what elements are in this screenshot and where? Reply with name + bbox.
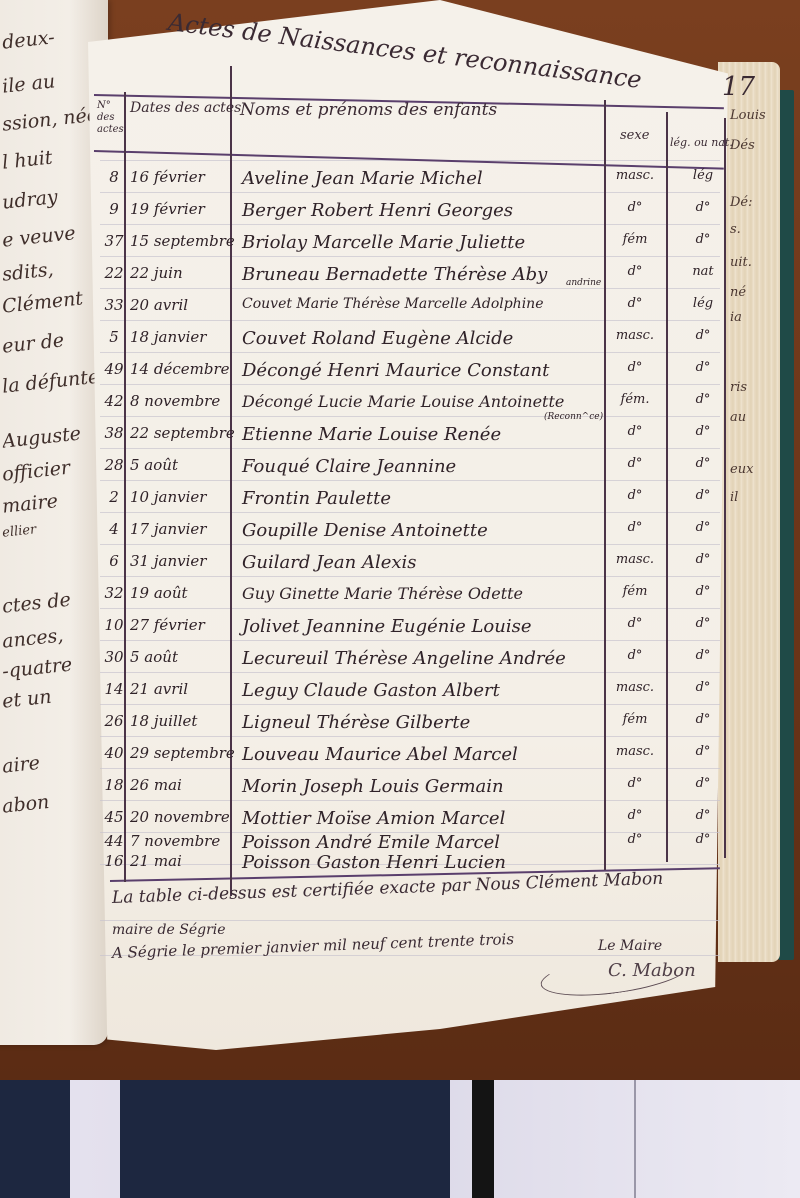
act-date: 16 février [130,168,205,186]
child-legitimacy: d° [676,360,730,375]
table-row: 38 22 septembre Etienne Marie Louise Ren… [96,424,736,456]
act-date: 15 septembre [130,232,235,250]
act-date: 27 février [130,616,205,634]
child-name: Leguy Claude Gaston Albert [242,680,500,701]
book-cover-edge [778,90,794,960]
child-name: Poisson André Emile Marcel [242,832,500,853]
table-row: 32 19 août Guy Ginette Marie Thérèse Ode… [96,584,736,616]
child-name: Décongé Lucie Marie Louise Antoinette [242,392,564,411]
child-sex: d° [608,200,662,215]
act-date: 8 novembre [130,392,220,410]
table-row: 26 18 juillet Ligneul Thérèse Gilberte f… [96,712,736,744]
act-number: 6 [100,552,128,570]
child-sex: masc. [608,680,662,695]
child-name: Couvet Roland Eugène Alcide [242,328,513,349]
person-leg-right [120,1080,450,1198]
chair-leg [472,1080,494,1198]
act-date: 5 août [130,648,178,666]
child-legitimacy: d° [676,392,730,407]
child-legitimacy: d° [676,776,730,791]
page-number: 17 [722,72,755,102]
act-number: 9 [100,200,128,218]
child-legitimacy: d° [676,616,730,631]
act-number: 16 [100,852,128,870]
act-date: 26 mai [130,776,182,794]
child-sex: d° [608,296,662,311]
child-name: Louveau Maurice Abel Marcel [242,744,518,765]
act-date: 14 décembre [130,360,230,378]
child-name: Bruneau Bernadette Thérèse Aby [242,264,547,285]
table-row: 40 29 septembre Louveau Maurice Abel Mar… [96,744,736,776]
child-name: Couvet Marie Thérèse Marcelle Adolphine [242,296,543,312]
child-name: Guilard Jean Alexis [242,552,417,573]
header-date: Dates des actes [130,100,241,116]
child-sex: d° [608,832,662,847]
child-legitimacy: d° [676,232,730,247]
table-row: 2 10 janvier Frontin Paulette d° d° [96,488,736,520]
table-row: 18 26 mai Morin Joseph Louis Germain d° … [96,776,736,808]
act-number: 42 [100,392,128,410]
child-name: Jolivet Jeannine Eugénie Louise [242,616,532,637]
act-number: 8 [100,168,128,186]
act-date: 31 janvier [130,552,206,570]
act-date: 7 novembre [130,832,220,850]
child-sex: d° [608,360,662,375]
table-row: 42 8 novembre Décongé Lucie Marie Louise… [96,392,736,424]
child-legitimacy: nat [676,264,730,279]
child-sex: masc. [608,552,662,567]
edge-page-text: Dés [730,138,755,153]
child-legitimacy: d° [676,456,730,471]
child-legitimacy: d° [676,680,730,695]
table-row: 33 20 avril Couvet Marie Thérèse Marcell… [96,296,736,328]
act-date: 22 juin [130,264,183,282]
act-number: 14 [100,680,128,698]
child-legitimacy: d° [676,832,730,847]
child-legitimacy: d° [676,744,730,759]
child-legitimacy: lég [676,296,730,311]
child-sex: d° [608,520,662,535]
act-date: 21 avril [130,680,188,698]
floor-tile-seam [634,1080,636,1198]
act-number: 10 [100,616,128,634]
child-name: Berger Robert Henri Georges [242,200,513,221]
header-names: Noms et prénoms des enfants [240,100,497,120]
act-number: 32 [100,584,128,602]
child-legitimacy: d° [676,520,730,535]
recognition-note: (Reconn^ce) [544,412,603,422]
child-name: Fouqué Claire Jeannine [242,456,456,477]
act-date: 22 septembre [130,424,235,442]
child-name: Morin Joseph Louis Germain [242,776,504,797]
child-sex: masc. [608,744,662,759]
child-sex: d° [608,456,662,471]
act-number: 30 [100,648,128,666]
child-name: Etienne Marie Louise Renée [242,424,501,445]
child-name: Guy Ginette Marie Thérèse Odette [242,584,523,603]
act-number: 33 [100,296,128,314]
child-name: Lecureuil Thérèse Angeline Andrée [242,648,566,669]
child-sex: fém [608,712,662,727]
child-legitimacy: lég [676,168,730,183]
act-date: 29 septembre [130,744,235,762]
act-date: 10 janvier [130,488,206,506]
table-row: 37 15 septembre Briolay Marcelle Marie J… [96,232,736,264]
edge-page-text: Louis [730,108,766,123]
act-date: 17 janvier [130,520,206,538]
header-number: N° des actes [97,100,121,136]
act-number: 22 [100,264,128,282]
ruled-line [100,920,720,921]
act-number: 45 [100,808,128,826]
child-sex: d° [608,776,662,791]
child-sex: fém [608,584,662,599]
child-name: Goupille Denise Antoinette [242,520,488,541]
child-legitimacy: d° [676,424,730,439]
act-number: 5 [100,328,128,346]
person-leg-left [0,1080,70,1198]
act-number: 26 [100,712,128,730]
table-row: 4 17 janvier Goupille Denise Antoinette … [96,520,736,552]
table-row: 5 18 janvier Couvet Roland Eugène Alcide… [96,328,736,360]
child-name: Aveline Jean Marie Michel [242,168,483,189]
act-number: 49 [100,360,128,378]
act-date: 19 février [130,200,205,218]
child-sex: d° [608,488,662,503]
act-number: 37 [100,232,128,250]
child-name: Mottier Moïse Amion Marcel [242,808,505,829]
child-sex: d° [608,264,662,279]
table-row: 6 31 janvier Guilard Jean Alexis masc. d… [96,552,736,584]
table-row: 8 16 février Aveline Jean Marie Michel m… [96,168,736,200]
name-continuation: andrine [566,278,601,288]
child-sex: masc. [608,328,662,343]
table-row: 49 14 décembre Décongé Henri Maurice Con… [96,360,736,392]
mayor-signature: C. Mabon [608,960,696,981]
child-legitimacy: d° [676,648,730,663]
child-legitimacy: d° [676,712,730,727]
header-sex: sexe [620,128,649,143]
act-date: 20 avril [130,296,188,314]
child-sex: fém [608,232,662,247]
child-legitimacy: d° [676,488,730,503]
act-number: 38 [100,424,128,442]
act-date: 19 août [130,584,188,602]
child-legitimacy: d° [676,584,730,599]
table-row: 10 27 février Jolivet Jeannine Eugénie L… [96,616,736,648]
act-date: 21 mai [130,852,182,870]
child-name: Décongé Henri Maurice Constant [242,360,549,381]
child-sex: masc. [608,168,662,183]
child-sex: d° [608,648,662,663]
table-row: 30 5 août Lecureuil Thérèse Angeline And… [96,648,736,680]
child-legitimacy: d° [676,808,730,823]
act-number: 4 [100,520,128,538]
child-legitimacy: d° [676,328,730,343]
act-number: 44 [100,832,128,850]
child-name: Poisson Gaston Henri Lucien [242,852,506,873]
child-name: Briolay Marcelle Marie Juliette [242,232,525,253]
table-row: 14 21 avril Leguy Claude Gaston Albert m… [96,680,736,712]
child-name: Ligneul Thérèse Gilberte [242,712,470,733]
act-date: 18 juillet [130,712,197,730]
act-date: 20 novembre [130,808,230,826]
child-legitimacy: d° [676,200,730,215]
table-row: 22 22 juin Bruneau Bernadette Thérèse Ab… [96,264,736,296]
child-sex: d° [608,808,662,823]
child-sex: d° [608,424,662,439]
act-date: 18 janvier [130,328,206,346]
certification-line: maire de Ségrie [112,922,226,938]
child-sex: fém. [608,392,662,407]
table-row: 9 19 février Berger Robert Henri Georges… [96,200,736,232]
act-number: 2 [100,488,128,506]
table-row: 28 5 août Fouqué Claire Jeannine d° d° [96,456,736,488]
act-number: 18 [100,776,128,794]
child-legitimacy: d° [676,552,730,567]
act-date: 5 août [130,456,178,474]
child-name: Frontin Paulette [242,488,391,509]
child-sex: d° [608,616,662,631]
act-number: 28 [100,456,128,474]
act-number: 40 [100,744,128,762]
header-legitimacy: lég. ou nat. [670,136,733,149]
